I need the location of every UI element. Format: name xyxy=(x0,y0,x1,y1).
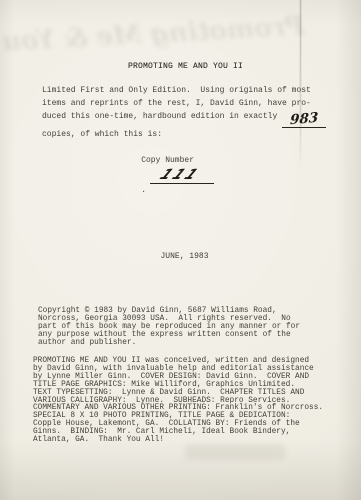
page-title: PROMOTING ME AND YOU II xyxy=(10,62,361,71)
showthrough-ghost-text: Promoting Me & You xyxy=(54,11,305,54)
edition-line: copies, of which this is: xyxy=(42,128,326,141)
copy-number-row: Copy Number 111 . xyxy=(122,141,219,210)
credits-paragraph: PROMOTING ME AND YOU II was conceived, w… xyxy=(33,358,323,445)
showthrough-smudge xyxy=(185,444,285,460)
copy-number-period: . xyxy=(141,186,146,195)
book-page: Promoting Me & You PROMOTING ME AND YOU … xyxy=(0,0,361,500)
copy-number-blank-underline: 111 xyxy=(150,168,214,184)
edition-line: items and reprints of the rest, I, David… xyxy=(42,97,326,110)
edition-line: duced this one-time, hardbound edition i… xyxy=(42,110,326,128)
total-copies-handwritten: 983 xyxy=(290,111,319,129)
publication-date: JUNE, 1983 xyxy=(8,252,361,261)
copyright-line: author and publisher. xyxy=(38,340,300,348)
edition-paragraph: Limited First and Only Edition. Using or… xyxy=(42,84,326,141)
copy-number-label: Copy Number xyxy=(141,156,194,165)
copy-number-handwritten: 111 xyxy=(156,168,207,183)
edition-line: Limited First and Only Edition. Using or… xyxy=(42,84,326,97)
edition-line-text: duced this one-time, hardbound edition i… xyxy=(42,112,277,121)
copyright-paragraph: Copyright © 1983 by David Ginn, 5687 Wil… xyxy=(38,308,300,348)
total-copies-blank-underline: 983 xyxy=(282,112,326,128)
